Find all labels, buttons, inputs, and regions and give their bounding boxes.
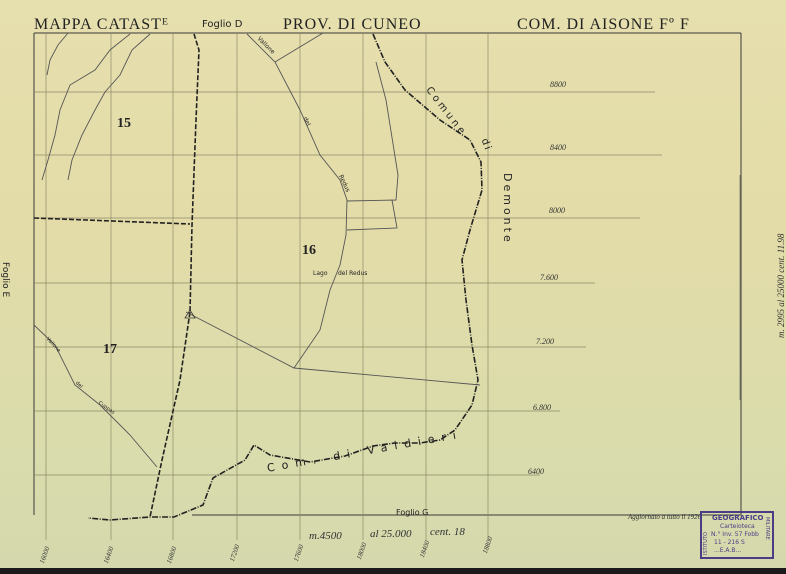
coordinate-grid	[34, 33, 662, 540]
parcel-boundaries	[34, 34, 199, 517]
adjacent-sheet-bottom: Foglio G	[396, 508, 428, 517]
adjacent-sheet-left: Foglio E	[0, 262, 10, 297]
archive-stamp: GEOGRAFICO Carteioteca N.° Inv. 57 Fobb …	[700, 511, 774, 559]
lake-label-redus: del Redus	[338, 270, 367, 277]
grid-label-right: 6.800	[533, 403, 551, 412]
stamp-line-3: N.° Inv. 57 Fobb	[711, 531, 759, 538]
parcel-number-15: 15	[117, 116, 131, 132]
commune-label-demonte: Demonte	[501, 173, 514, 245]
scale-note-meters: m.4500	[309, 530, 342, 542]
stamp-line-5: ...E.A.B...	[714, 547, 741, 554]
scale-note-ratio: al 25.000	[370, 528, 412, 540]
grid-label-right: 8000	[549, 206, 565, 215]
stamp-side-left: ISTITUTO	[703, 532, 709, 555]
map-drawing	[0, 0, 786, 574]
parcel-number-16: 16	[302, 243, 316, 259]
cadastral-map-sheet: MAPPA CATASTᴱ Foglio D PROV. DI CUNEO CO…	[0, 0, 786, 574]
stamp-line-2: Carteioteca	[720, 523, 755, 530]
stamp-line-1: GEOGRAFICO	[712, 514, 764, 522]
stamp-side-right: MILITARE	[764, 517, 770, 540]
parcel-number-17: 17	[103, 342, 117, 358]
grid-label-right: 7.200	[536, 337, 554, 346]
grid-label-right: 7.600	[540, 273, 558, 282]
grid-label-right: 8400	[550, 143, 566, 152]
scale-note-right: m. 2995 al 25000 cent. 11.98	[776, 234, 786, 338]
grid-label-right: 8800	[550, 80, 566, 89]
stamp-line-4: 11 - 216 S	[714, 539, 745, 546]
scale-note-cent: cent. 18	[430, 526, 465, 538]
grid-label-right: 6400	[528, 467, 544, 476]
lake-label-lago: Lago	[313, 270, 328, 277]
updated-note: Aggiornato a tutto il 1926	[628, 513, 701, 521]
